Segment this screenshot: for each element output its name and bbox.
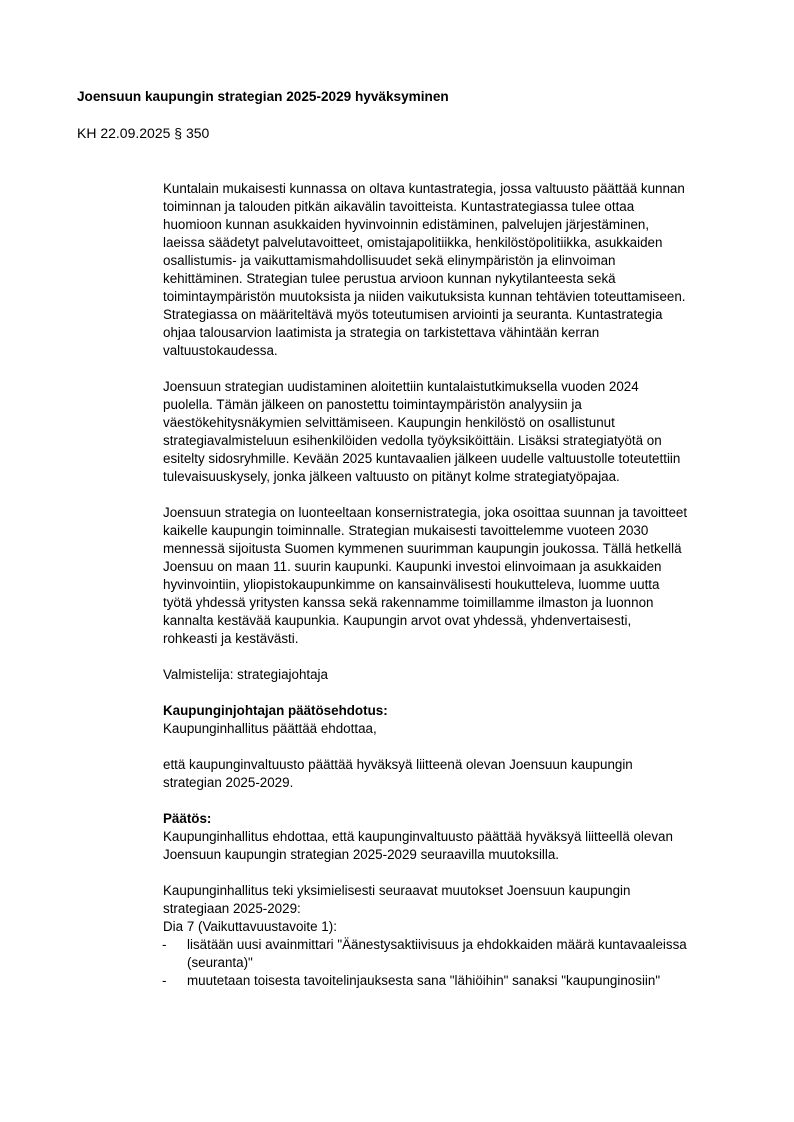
meeting-reference: KH 22.09.2025 § 350 [77,125,209,141]
text-line: valtuustokaudessa. [163,342,763,360]
text-line: ohjaa talousarvion laatimista ja strateg… [163,324,763,342]
change-item: - lisätään uusi avainmittari "Äänestysak… [163,936,763,972]
document-body: Kuntalain mukaisesti kunnassa on oltava … [163,180,763,990]
text-line: väestökehitysnäkymien selvittämiseen. Ka… [163,414,763,432]
preparer: Valmistelija: strategiajohtaja [163,666,763,684]
text-line: strategiavalmisteluun esihenkilöiden ved… [163,432,763,450]
text-line: puolella. Tämän jälkeen on panostettu to… [163,396,763,414]
bullet-dash: - [162,972,166,990]
change-item: - muutetaan toisesta tavoitelinjauksesta… [163,972,763,990]
text-line: kehittäminen. Strategian tulee perustua … [163,270,763,288]
text-line: muutetaan toisesta tavoitelinjauksesta s… [187,972,763,990]
text-line: esitelty sidosryhmille. Kevään 2025 kunt… [163,450,763,468]
text-line: tulevaisuuskysely, jonka jälkeen valtuus… [163,468,763,486]
text-line: toiminnan ja talouden pitkän aikavälin t… [163,198,763,216]
text-line: toimintaympäristön muutoksista ja niiden… [163,288,763,306]
proposal-intro: Kaupunginhallitus päättää ehdottaa, [163,720,763,738]
text-line: kannalta kestävää kaupunkia. Kaupungin a… [163,612,763,630]
text-line: Joensuun strategia on luonteeltaan konse… [163,504,763,522]
text-line: strategiaan 2025-2029: [163,900,763,918]
text-line: Strategiassa on määriteltävä myös toteut… [163,306,763,324]
text-line: Dia 7 (Vaikuttavuustavoite 1): [163,918,763,936]
text-line: Joensuun kaupungin strategian 2025-2029 … [163,846,763,864]
text-line: (seuranta)" [187,954,763,972]
bullet-dash: - [162,936,166,954]
text-line: Joensuu on maan 11. suurin kaupunki. Kau… [163,558,763,576]
text-line: Kaupunginhallitus teki yksimielisesti se… [163,882,763,900]
text-line: Kuntalain mukaisesti kunnassa on oltava … [163,180,763,198]
text-line: työtä yhdessä yritysten kanssa sekä rake… [163,594,763,612]
text-line: lisätään uusi avainmittari "Äänestysakti… [187,936,763,954]
text-line: Joensuun strategian uudistaminen aloitet… [163,378,763,396]
paragraph-background: Kuntalain mukaisesti kunnassa on oltava … [163,180,763,360]
text-line: rohkeasti ja kestävästi. [163,630,763,648]
text-line: huomioon kunnan asukkaiden hyvinvoinnin … [163,216,763,234]
decision-text: Kaupunginhallitus ehdottaa, että kaupung… [163,828,763,864]
document-title: Joensuun kaupungin strategian 2025-2029 … [77,89,449,104]
changes-list: - lisätään uusi avainmittari "Äänestysak… [163,936,763,990]
text-line: strategian 2025-2029. [163,774,763,792]
proposal-heading: Kaupunginjohtajan päätösehdotus: [163,702,763,720]
text-line: kaikelle kaupungin toiminnalle. Strategi… [163,522,763,540]
text-line: laeissa säädetyt palvelutavoitteet, omis… [163,234,763,252]
decision-section: Päätös: Kaupunginhallitus ehdottaa, että… [163,810,763,990]
text-line: osallistumis- ja vaikuttamismahdollisuud… [163,252,763,270]
paragraph-process: Joensuun strategian uudistaminen aloitet… [163,378,763,486]
proposal-section: Kaupunginjohtajan päätösehdotus: Kaupung… [163,702,763,792]
changes-intro: Kaupunginhallitus teki yksimielisesti se… [163,882,763,936]
paragraph-strategy-content: Joensuun strategia on luonteeltaan konse… [163,504,763,648]
proposal-text: että kaupunginvaltuusto päättää hyväksyä… [163,756,763,792]
text-line: Kaupunginhallitus ehdottaa, että kaupung… [163,828,763,846]
text-line: hyvinvointiin, yliopistokaupunkimme on k… [163,576,763,594]
decision-heading: Päätös: [163,810,763,828]
text-line: mennessä sijoitusta Suomen kymmenen suur… [163,540,763,558]
text-line: että kaupunginvaltuusto päättää hyväksyä… [163,756,763,774]
